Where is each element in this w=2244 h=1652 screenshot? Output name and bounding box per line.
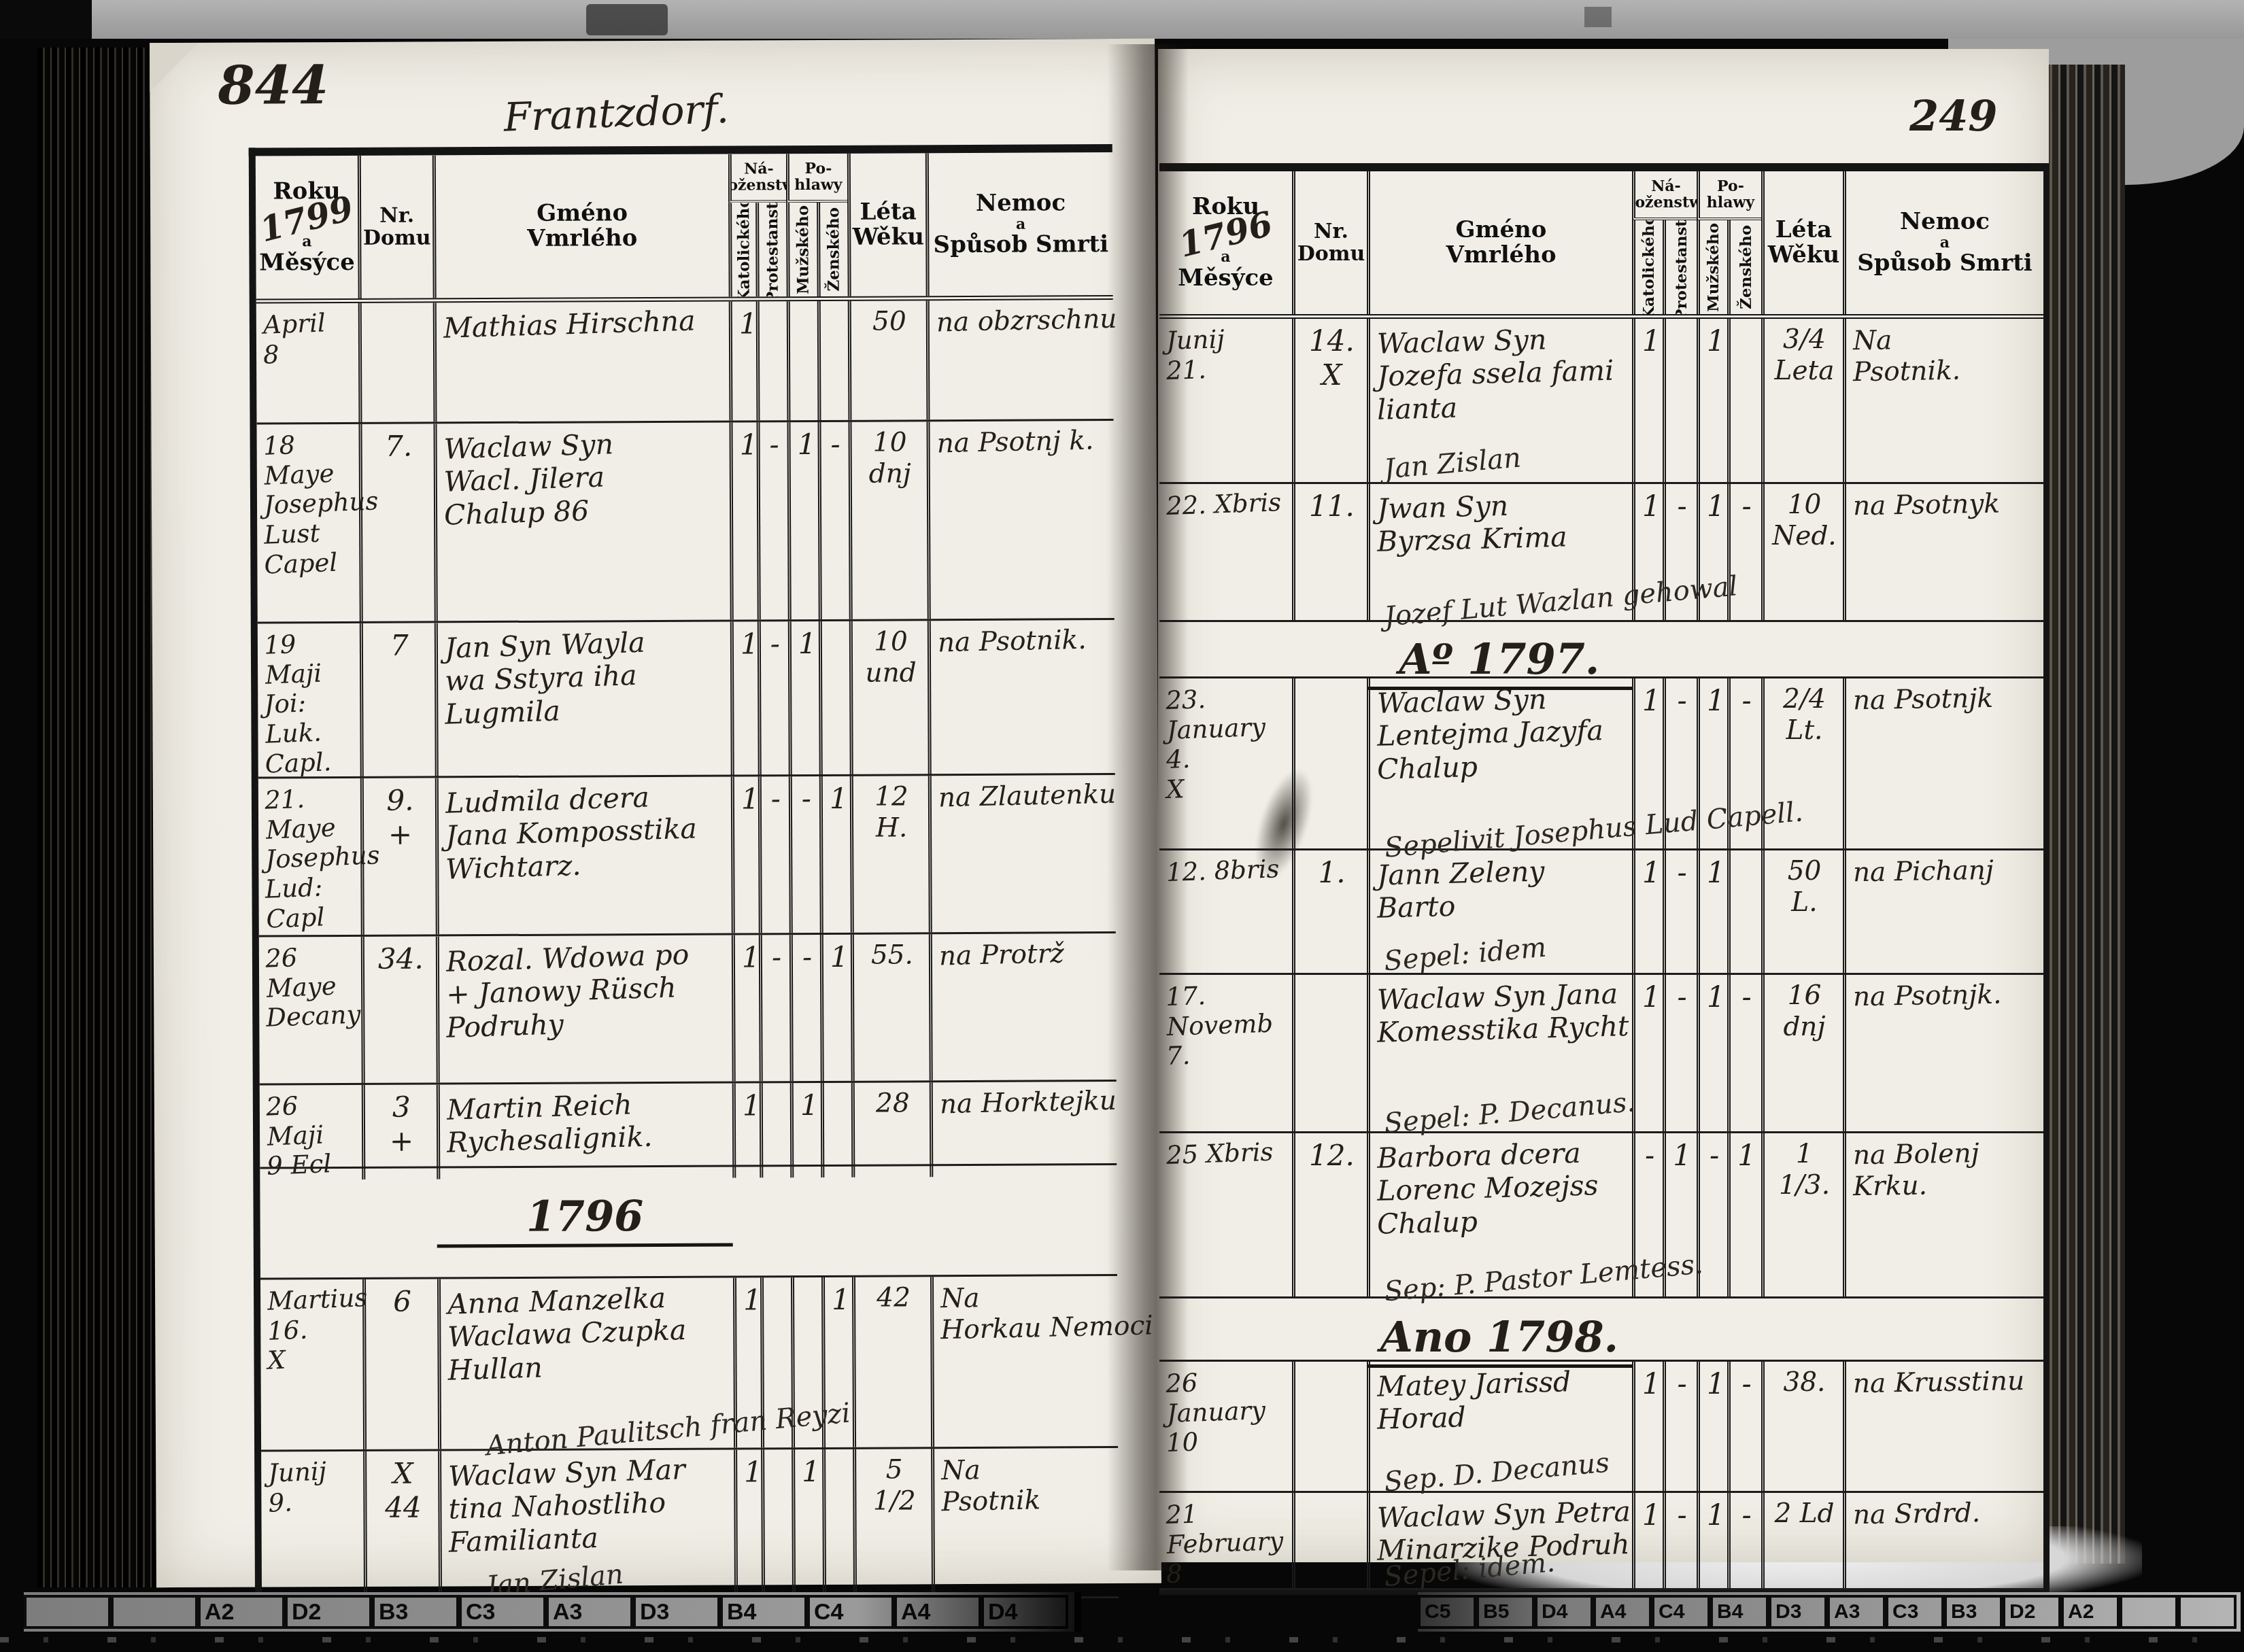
year-heading: 1796 — [260, 1165, 1117, 1279]
entry-house-number: 34. — [361, 936, 437, 1082]
entry-catholic-mark: 1 — [1632, 850, 1663, 973]
entry-protestant-mark — [1663, 319, 1697, 482]
film-frame-label: B3 — [372, 1595, 459, 1629]
year-heading: Ano 1798. — [1159, 1298, 2043, 1362]
year-heading: Aº 1797. — [1159, 622, 2043, 678]
entry-name: Ludmila dceraJana KomposstikaWichtarz. — [435, 777, 732, 935]
film-frame-label: D2 — [2003, 1595, 2061, 1629]
header-gmeno-vmrleho: Gméno Vmrlého — [432, 154, 729, 298]
entry-female-mark: 1 — [820, 935, 851, 1081]
entry-age: 2 Ld — [1761, 1493, 1843, 1588]
entry-male-mark: - — [789, 776, 820, 933]
register-row: Junij9.X 44Waclaw Syn Martina Nahostliho… — [261, 1448, 1119, 1602]
entry-protestant-mark: - — [758, 776, 789, 933]
register-row: 21. MayeJosephusLud: Capl9.+Ludmila dcer… — [258, 775, 1116, 937]
entry-protestant-mark: - — [758, 621, 789, 775]
entry-age: 55. — [851, 934, 930, 1080]
book-spine-page-edges — [37, 48, 167, 1587]
entry-house-number: 12. — [1292, 1133, 1367, 1296]
entry-house-number — [1292, 678, 1367, 848]
header-nemoc: Nemoc a Spůsob Smrti — [1843, 171, 2043, 314]
register-row: 26 MayeDecany34.Rozal. Wdowa po+ Janowy … — [259, 933, 1117, 1085]
entry-name: Martin ReichRychesalignik. — [437, 1084, 733, 1180]
entry-protestant-mark — [756, 301, 787, 420]
entry-age: 10und — [849, 621, 928, 775]
entry-catholic-mark: 1 — [730, 621, 758, 775]
entry-cause-of-death: NaHorkau Nemoci — [930, 1276, 1118, 1447]
header-leta-weku: Léta Wěku — [1761, 171, 1843, 314]
table-header-left: Roku 1799 a Měsýce Nr. Domu Gméno Vmrléh… — [256, 152, 1113, 303]
entry-age: 28 — [851, 1082, 930, 1177]
register-row: 18 MayeJosephusLustCapel7.Waclaw SynWacl… — [257, 421, 1115, 623]
entry-cause-of-death: na Zlautenku — [928, 775, 1116, 932]
entry-female-mark: 1 — [1727, 1133, 1761, 1296]
film-frame-label: C3 — [459, 1595, 546, 1629]
entry-protestant-mark: - — [1663, 975, 1697, 1131]
film-frame-label: B4 — [1710, 1595, 1769, 1629]
register-row: Martius16.X6Anna ManzelkaWaclawa CzupkaH… — [260, 1276, 1118, 1451]
header-gmeno-vmrleho: Gméno Vmrlého — [1367, 171, 1632, 314]
entry-house-number — [1292, 1493, 1367, 1588]
entry-protestant-mark — [761, 1449, 792, 1598]
entry-female-mark — [817, 301, 849, 420]
entry-age: 10 dnj — [848, 421, 927, 619]
entry-cause-of-death: NaPsotnik. — [1843, 319, 2043, 482]
entry-catholic-mark: 1 — [732, 935, 760, 1081]
film-frame-label — [2178, 1595, 2237, 1629]
film-top-strip-dark-corner — [0, 0, 92, 39]
header-muzskeho: Mužského — [1697, 220, 1727, 314]
header-nabozenstwj: Ná- boženstwj — [728, 154, 786, 203]
header-protestanst: Protestanst. — [755, 203, 787, 296]
left-page-title: Frantzdorf. — [503, 86, 730, 141]
entry-catholic-mark: 1 — [1632, 319, 1663, 482]
film-frame-label: D3 — [1769, 1595, 1827, 1629]
entry-catholic-mark: 1 — [1632, 1362, 1663, 1491]
film-frame-label — [2120, 1595, 2178, 1629]
entry-cause-of-death: na BolenjKrku. — [1843, 1133, 2043, 1296]
film-frame-label: D3 — [633, 1595, 720, 1629]
entry-cause-of-death: na Psotnyk — [1843, 484, 2043, 620]
entry-male-mark: 1 — [1697, 1362, 1727, 1491]
film-frame-label: B3 — [1944, 1595, 2003, 1629]
entry-catholic-mark: 1 — [729, 422, 757, 619]
film-speckles — [0, 1637, 2244, 1642]
entry-female-mark — [819, 621, 850, 775]
header-katolickeho: Katolického — [728, 203, 756, 296]
header-protestanst: Protestanst. — [1663, 220, 1697, 314]
header-pohlawy: Po- hlawy — [1697, 171, 1761, 220]
film-frame-label: A2 — [2061, 1595, 2120, 1629]
register-row: 26 Maji9 Ecl3+Martin ReichRychesalignik.… — [260, 1082, 1117, 1169]
entry-catholic-mark: 1 — [1632, 1493, 1663, 1588]
header-katolickeho: Katolického — [1632, 220, 1663, 314]
entry-age: 1 1/3. — [1761, 1133, 1843, 1296]
strip-fade — [1418, 1592, 1567, 1632]
entry-date: Junij9. — [261, 1451, 364, 1600]
entry-cause-of-death: na Pichanj — [1843, 850, 2043, 973]
entry-female-mark: - — [1727, 1362, 1761, 1491]
entry-date: April8 — [256, 303, 359, 423]
entry-female-mark: - — [817, 422, 849, 619]
entry-date: 18 MayeJosephusLustCapel — [257, 424, 360, 622]
page-corner-fold — [150, 43, 199, 92]
death-register-table-left: Roku 1799 a Měsýce Nr. Domu Gméno Vmrléh… — [249, 144, 1119, 1602]
film-frame-label: A4 — [1593, 1595, 1652, 1629]
header-nemoc: Nemoc a Spůsob Smrti — [925, 152, 1113, 296]
header-nr-domu: Nr. Domu — [358, 155, 433, 298]
year-heading-label: 1796 — [437, 1191, 732, 1248]
entry-date: 26 MayeDecany — [259, 937, 362, 1084]
entry-male-mark: 1 — [790, 1083, 821, 1177]
entry-catholic-mark: 1 — [1632, 975, 1663, 1131]
entry-name: Waclaw SynWacl. JileraChalup 86 — [433, 423, 730, 621]
header-nr-domu: Nr. Domu — [1292, 171, 1367, 314]
entry-house-number: 7 — [360, 623, 435, 777]
register-row: 22. Xbris11.Jwan SynByrzsa Krima1-1-10 N… — [1159, 484, 2043, 622]
entry-house-number — [1292, 975, 1367, 1131]
register-row: 21 February8Waclaw Syn PetraMinarzike Po… — [1159, 1493, 2043, 1590]
entry-cause-of-death: na Psotnjk — [1843, 678, 2043, 848]
entry-house-number: 7. — [358, 424, 434, 621]
entry-age: 16 dnj — [1761, 975, 1843, 1131]
book-gutter-shadow — [1107, 44, 1189, 1570]
right-page-number: 249 — [1909, 91, 1997, 141]
entry-male-mark: 1 — [1697, 975, 1727, 1131]
table-header-right: Roku 1796 a Měsýce Nr. Domu Gméno Vmrléh… — [1159, 171, 2043, 319]
entry-cause-of-death: na obzrschnu — [926, 300, 1114, 419]
film-top-strip-mark-right — [1584, 7, 1612, 27]
header-zenskeho: Ženského — [1727, 220, 1761, 314]
entry-protestant-mark: - — [1663, 850, 1697, 973]
register-row: Junij21.14.XWaclaw SynJozefa ssela famil… — [1159, 319, 2043, 484]
entry-name: Rozal. Wdowa po+ Janowy RüschPodruhy — [436, 935, 732, 1083]
film-top-strip-mark — [586, 4, 668, 35]
microfilm-scan: 844 Frantzdorf. Roku 1799 a Měsýce Nr. D… — [0, 0, 2244, 1652]
header-roku-mesyce: Roku 1799 a Měsýce — [256, 156, 358, 299]
header-nabozenstwj: Ná- boženstwj — [1632, 171, 1697, 220]
entry-house-number: 11. — [1292, 484, 1367, 620]
entry-female-mark — [822, 1449, 853, 1598]
entry-male-mark: 1 — [1697, 319, 1727, 482]
film-frame-label: C4 — [1652, 1595, 1710, 1629]
left-page-number: 844 — [218, 54, 328, 117]
register-row: 23. January4.XWaclaw SynLentejma JazyfaC… — [1159, 678, 2043, 850]
entry-protestant-mark: - — [756, 422, 787, 619]
entry-male-mark: 1 — [792, 1449, 823, 1598]
entry-cause-of-death: na Psotnik. — [928, 620, 1115, 774]
film-frame-label: A3 — [1827, 1595, 1886, 1629]
entry-age: 10 Ned. — [1761, 484, 1843, 620]
entry-age: 12 H. — [850, 776, 929, 932]
entry-male-mark: - — [789, 935, 821, 1081]
right-page: 249 Roku 1796 a Měsýce Nr. Domu Gméno Vm… — [1158, 49, 2049, 1562]
film-top-strip — [0, 0, 2244, 39]
entry-age: 42 — [852, 1277, 931, 1447]
entry-male-mark — [787, 301, 818, 420]
entry-house-number — [358, 303, 434, 421]
entry-age: 50 L. — [1761, 850, 1843, 973]
entry-female-mark: - — [1727, 975, 1761, 1131]
header-muzskeho: Mužského — [786, 203, 817, 296]
film-frame-label — [24, 1595, 111, 1629]
entry-catholic-mark: 1 — [732, 1083, 760, 1177]
entry-house-number: 1. — [1292, 850, 1367, 973]
film-frame-label: D2 — [285, 1595, 372, 1629]
entry-cause-of-death: na Srdrd. — [1843, 1493, 2043, 1588]
entry-female-mark — [1727, 319, 1761, 482]
register-row: April8Mathias Hirschna150na obzrschnu — [256, 300, 1114, 424]
entry-name: Jan Syn Waylawa Sstyra ihaLugmila — [435, 622, 731, 777]
entry-protestant-mark: - — [1663, 1362, 1697, 1491]
header-pohlawy: Po- hlawy — [786, 154, 847, 203]
entry-catholic-mark: 1 — [731, 776, 759, 933]
entry-name: Mathias Hirschna — [433, 302, 730, 422]
register-row: 17. Novemb7.Waclaw Syn JanaKomesstika Ry… — [1159, 975, 2043, 1133]
entry-female-mark — [1727, 850, 1761, 973]
entry-age: 5 1/2 — [853, 1449, 932, 1597]
entry-catholic-mark: 1 — [729, 301, 757, 420]
entry-female-mark: - — [1727, 1493, 1761, 1588]
header-zenskeho: Ženského — [817, 203, 848, 296]
entry-male-mark: 1 — [787, 422, 818, 619]
entry-house-number — [1292, 1362, 1367, 1491]
film-frame-label: A2 — [198, 1595, 285, 1629]
film-frame-label: B4 — [720, 1595, 807, 1629]
entry-house-number: 6 — [362, 1279, 438, 1449]
entry-male-mark: 1 — [788, 621, 819, 775]
header-leta-weku: Léta Wěku — [847, 153, 926, 296]
entry-male-mark: 1 — [1697, 850, 1727, 973]
entry-cause-of-death: na Horktejku — [930, 1082, 1117, 1177]
entry-age: 50 — [848, 300, 927, 420]
entry-house-number: X 44 — [363, 1451, 439, 1599]
entry-cause-of-death: NaPsotnik — [931, 1448, 1119, 1597]
strip-fade — [857, 1592, 1081, 1632]
entry-protestant-mark: - — [1663, 1493, 1697, 1588]
entry-date: 26 Maji9 Ecl — [260, 1085, 362, 1180]
entry-date: Martius16.X — [260, 1279, 363, 1450]
entry-cause-of-death: na Krusstinu — [1843, 1362, 2043, 1491]
entry-age: 3/4Leta — [1761, 319, 1843, 482]
entry-house-number: 3+ — [362, 1084, 437, 1179]
register-row: 25 Xbris12.Barbora dceraLorenc MozejssCh… — [1159, 1133, 2043, 1298]
death-register-table-right: Roku 1796 a Měsýce Nr. Domu Gméno Vmrléh… — [1159, 163, 2050, 1595]
film-frame-label: A3 — [546, 1595, 633, 1629]
entry-catholic-mark: 1 — [734, 1449, 762, 1598]
entry-age: 38. — [1761, 1362, 1843, 1491]
register-row: 12. 8bris1.Jann ZelenyBarto1-150 L.na Pi… — [1159, 850, 2043, 975]
register-row: 26 January10Matey JarissdHorad1-1-38.na … — [1159, 1362, 2043, 1493]
film-frame-label — [111, 1595, 198, 1629]
entry-cause-of-death: na Psotnj k. — [926, 421, 1114, 619]
entry-female-mark — [821, 1083, 852, 1177]
entry-cause-of-death: na Psotnjk. — [1843, 975, 2043, 1131]
entry-female-mark: 1 — [819, 776, 851, 933]
entry-cause-of-death: na Protrž — [929, 933, 1117, 1080]
entry-house-number: 14.X — [1292, 319, 1367, 482]
entry-male-mark: 1 — [1697, 1493, 1727, 1588]
register-row: 19 MajiJoi: Luk.Capl.7Jan Syn Waylawa Ss… — [258, 620, 1115, 778]
table-body-right: Junij21.14.XWaclaw SynJozefa ssela famil… — [1159, 319, 2043, 1590]
left-page: 844 Frantzdorf. Roku 1799 a Měsýce Nr. D… — [150, 39, 1161, 1587]
entry-protestant-mark: - — [759, 935, 790, 1081]
year-heading-label: Ano 1798. — [1367, 1312, 1632, 1368]
entry-date: 19 MajiJoi: Luk.Capl. — [258, 623, 360, 778]
book-fore-edge-pages — [2043, 65, 2125, 1564]
table-body-left: April8Mathias Hirschna150na obzrschnu18 … — [256, 300, 1119, 1602]
entry-protestant-mark — [760, 1083, 791, 1177]
entry-date: 21. MayeJosephusLud: Capl — [258, 778, 361, 935]
film-frame-label: C3 — [1886, 1595, 1944, 1629]
